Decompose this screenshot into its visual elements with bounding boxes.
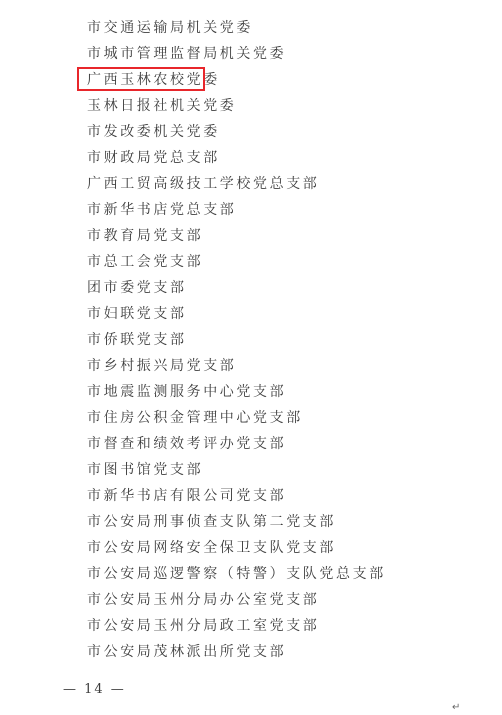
list-item: 市公安局茂林派出所党支部 [87, 641, 386, 667]
list-item: 市公安局玉州分局政工室党支部 [87, 615, 386, 641]
list-item: 市图书馆党支部 [87, 459, 386, 485]
list-item: 广西工贸高级技工学校党总支部 [87, 173, 386, 199]
list-item: 市公安局刑事侦查支队第二党支部 [87, 511, 386, 537]
list-item: 市交通运输局机关党委 [87, 17, 386, 43]
list-item: 市住房公积金管理中心党支部 [87, 407, 386, 433]
list-item: 市发改委机关党委 [87, 121, 386, 147]
list-item: 市督查和绩效考评办党支部 [87, 433, 386, 459]
list-item: 市财政局党总支部 [87, 147, 386, 173]
list-item: 市总工会党支部 [87, 251, 386, 277]
list-item: 市乡村振兴局党支部 [87, 355, 386, 381]
highlight-box [77, 67, 205, 91]
list-item: 市地震监测服务中心党支部 [87, 381, 386, 407]
organization-list: 市交通运输局机关党委 市城市管理监督局机关党委 广西玉林农校党委 玉林日报社机关… [87, 17, 386, 667]
list-item: 市侨联党支部 [87, 329, 386, 355]
list-item: 市新华书店党总支部 [87, 199, 386, 225]
document-page: 市交通运输局机关党委 市城市管理监督局机关党委 广西玉林农校党委 玉林日报社机关… [0, 0, 502, 715]
list-item: 市公安局网络安全保卫支队党支部 [87, 537, 386, 563]
list-item: 市教育局党支部 [87, 225, 386, 251]
list-item: 团市委党支部 [87, 277, 386, 303]
list-item: 市公安局巡逻警察（特警）支队党总支部 [87, 563, 386, 589]
page-number: — 14 — [63, 682, 126, 697]
list-item: 玉林日报社机关党委 [87, 95, 386, 121]
list-item: 市新华书店有限公司党支部 [87, 485, 386, 511]
list-item: 市城市管理监督局机关党委 [87, 43, 386, 69]
list-item: 市公安局玉州分局办公室党支部 [87, 589, 386, 615]
paragraph-mark-icon: ↵ [452, 702, 460, 713]
list-item: 市妇联党支部 [87, 303, 386, 329]
